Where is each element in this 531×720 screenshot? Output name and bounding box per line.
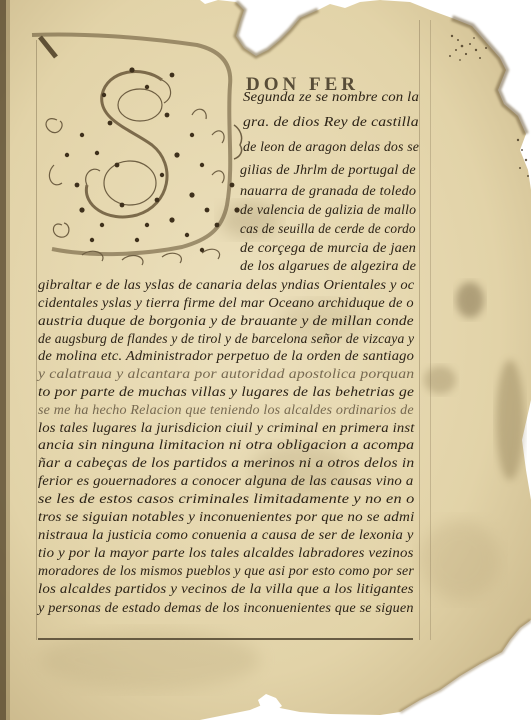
text-line: de molina etc. Administrador perpetuo de… [38,348,414,364]
right-margin-rule-outer [430,20,431,640]
text-line: gilias de Jhrlm de portugal de [240,162,416,178]
text-line: to por parte de muchas villas y lugares … [38,384,414,400]
text-line: gra. de dios Rey de castilla [243,114,419,130]
text-line: ancia sin ninguna limitacion ni otra obl… [38,437,414,453]
text-line: nauarra de granada de toledo [240,183,416,199]
text-line: y calatraua y alcantara por autoridad ap… [38,366,414,382]
text-line: se me ha hecho Relacion que teniendo los… [38,402,414,418]
illuminated-initial-s-icon [22,25,252,270]
text-line: Segunda ze se nombre con la [243,89,419,105]
text-line: cas de seuilla de cerde de cordo [240,221,416,237]
right-margin-rule-inner [419,20,420,640]
text-line: austria duque de borgonia y de brauante … [38,313,414,329]
text-line: tros se siguian notables y inconueniente… [38,509,414,525]
text-line: se les de estos casos criminales limitad… [38,491,414,507]
text-line: ferior es gouernadores a conocer alguna … [38,473,413,489]
text-block-bottom-rule [38,638,413,640]
text-line: los tales lugares la jurisdicion ciuil y… [38,420,415,436]
text-line: cidentales yslas y tierra firme del mar … [38,295,414,311]
text-line: de leon de aragon delas dos se [243,139,419,155]
text-line: de augsburg de flandes y de tirol y de b… [38,331,414,347]
text-line: tio y por la mayor parte los tales alcal… [38,545,414,561]
text-line: moradores de los mismos pueblos y que as… [38,563,414,579]
text-line: nistraua la justicia como conuenia a cau… [38,527,414,543]
text-line: gibraltar e de las yslas de canaria dela… [38,277,414,293]
manuscript-page: DON FER Segunda ze se nombre con lagra. … [0,0,531,720]
text-line: y personas de estado demas de los inconu… [38,600,414,616]
text-line: ñar a cabeças de los partidos a merinos … [38,455,414,471]
text-line: de los algarues de algezira de [240,258,416,274]
text-line: de corçega de murcia de jaen [240,240,416,256]
text-line: los alcaldes partidos y vecinos de la vi… [38,581,414,597]
text-line: de valencia de galizia de mallo [240,202,416,218]
